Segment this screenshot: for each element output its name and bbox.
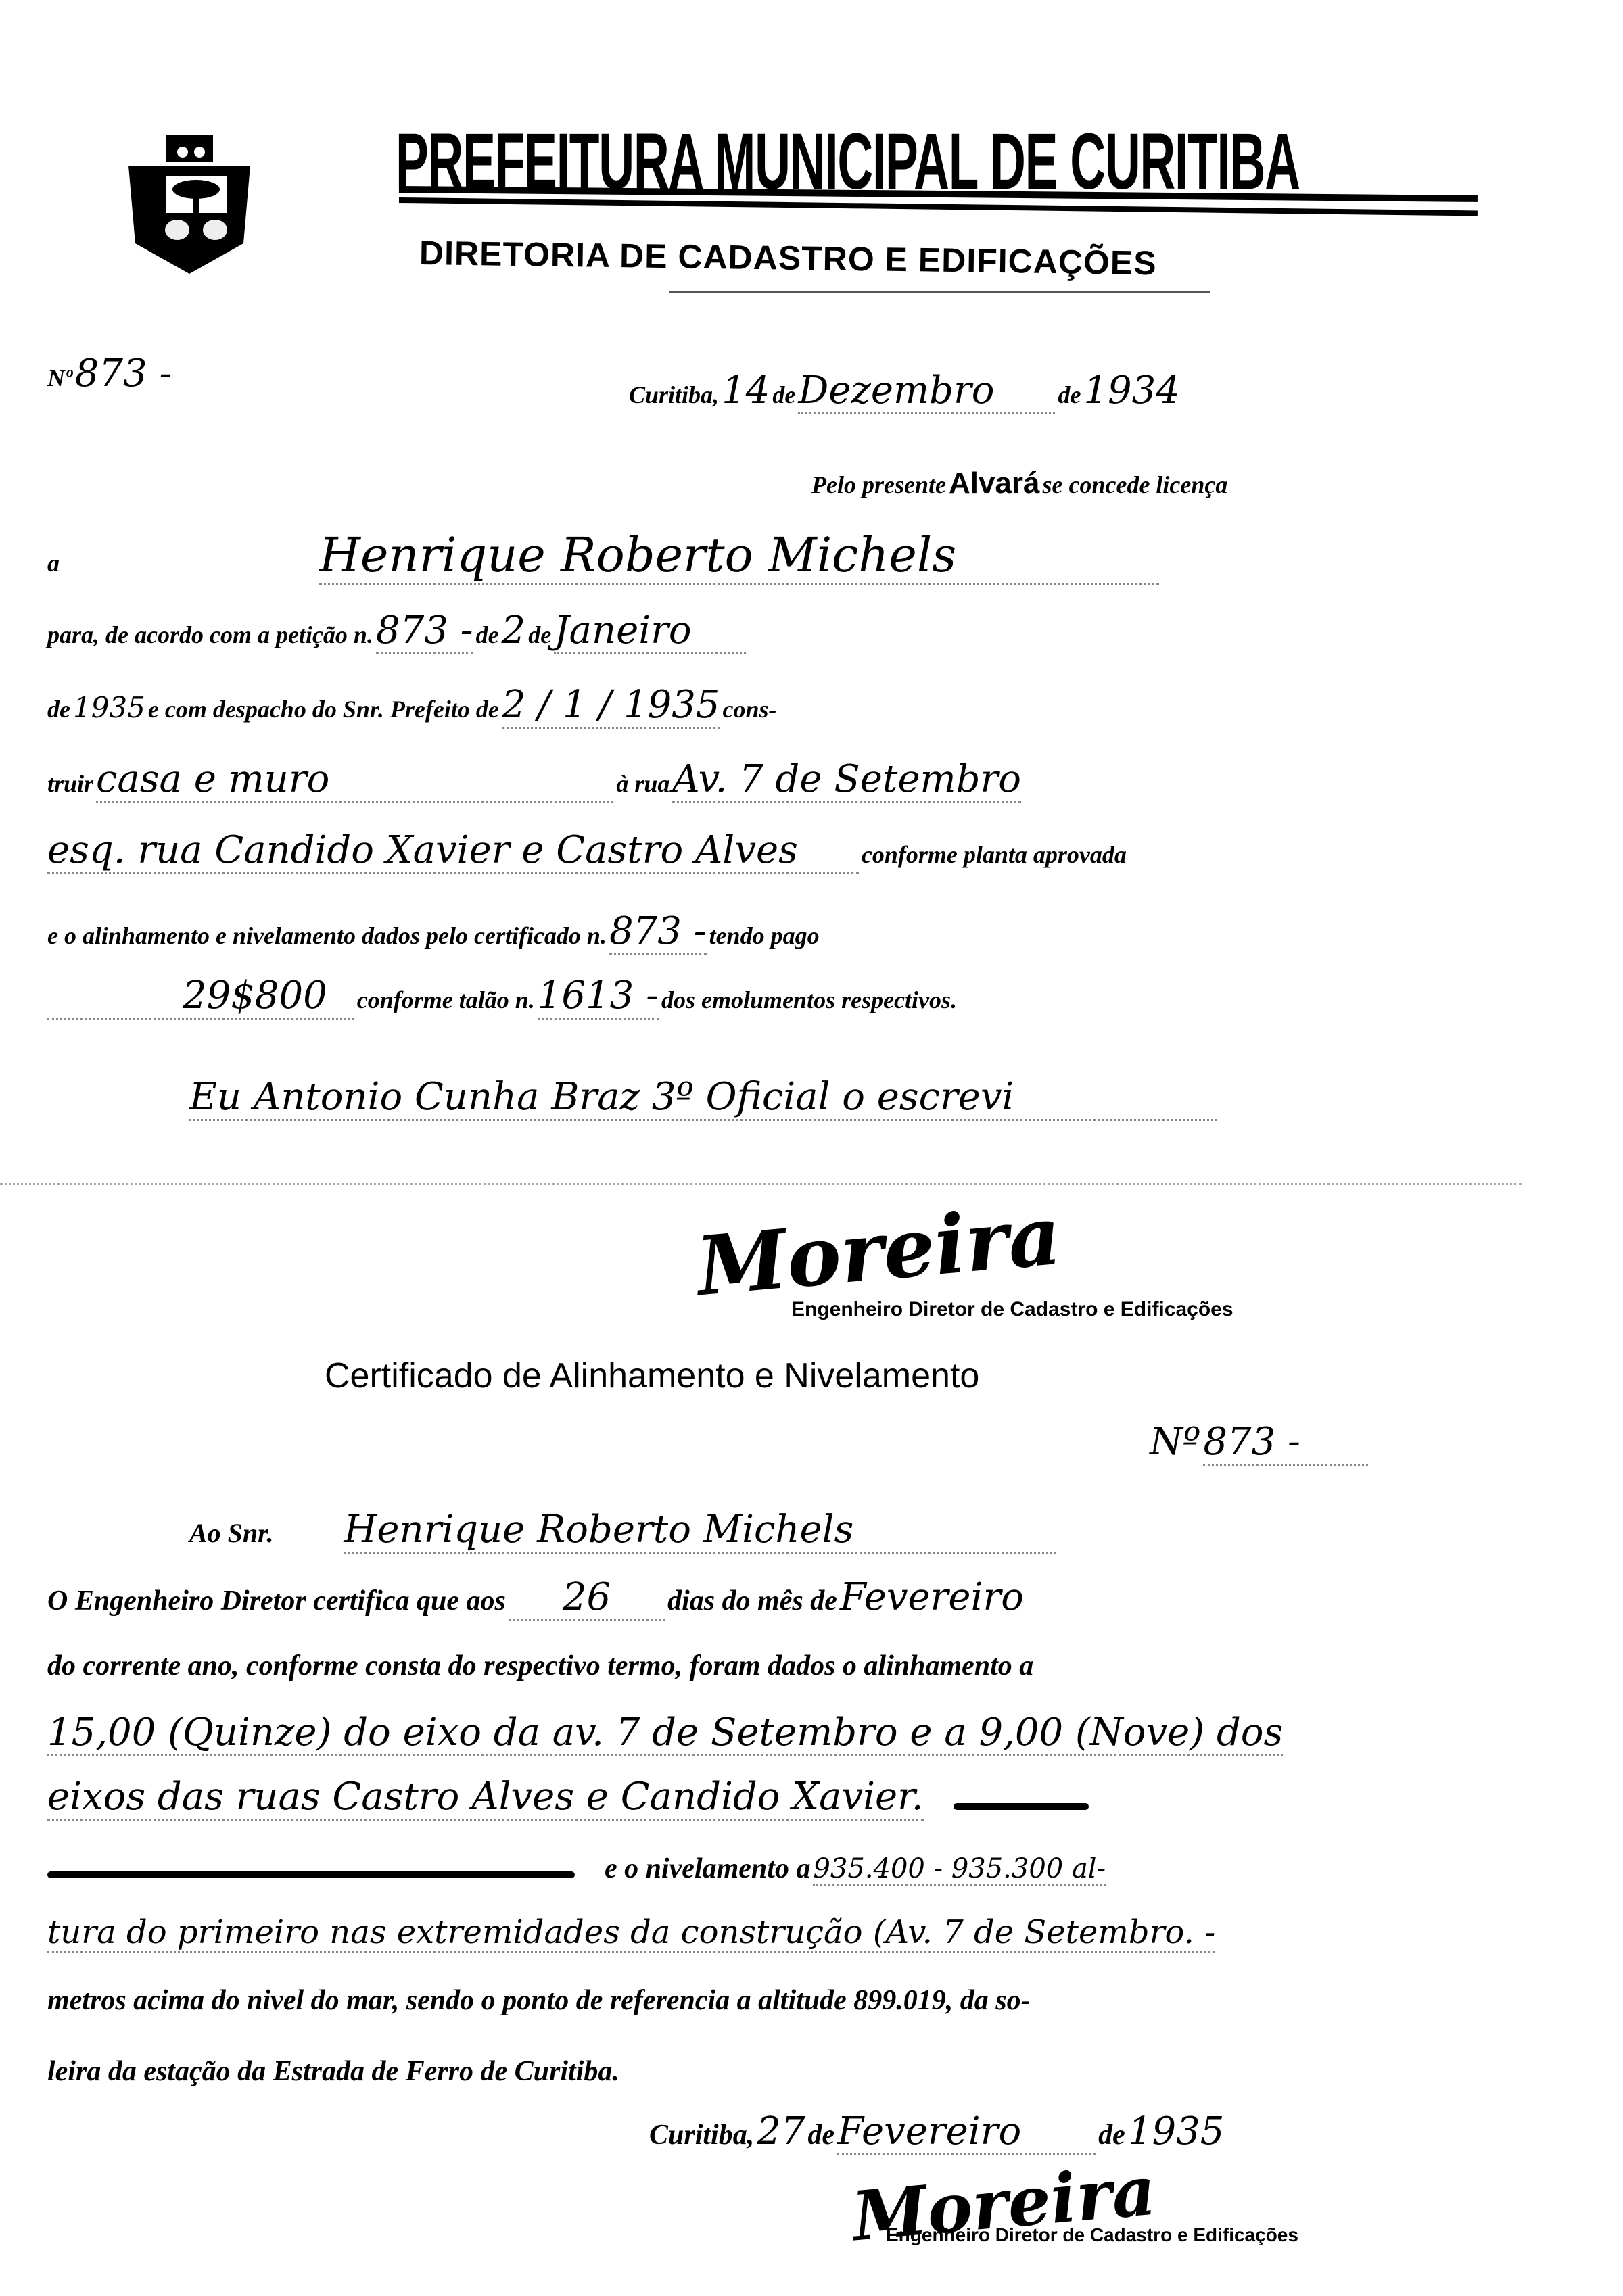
corner-line: esq. rua Candido Xavier e Castro Alves c… bbox=[47, 828, 1127, 872]
signatory-title: Engenheiro Diretor de Cadastro e Edifica… bbox=[791, 1298, 1233, 1321]
alignment-text: 15,00 (Quinze) do eixo da av. 7 de Setem… bbox=[47, 1711, 1283, 1756]
alignment-text-2: eixos das ruas Castro Alves e Candido Xa… bbox=[47, 1775, 1089, 1819]
signatory-title-2: Engenheiro Diretor de Cadastro e Edifica… bbox=[886, 2224, 1298, 2246]
alvara-number-value: 873 - bbox=[75, 352, 172, 396]
alvara-intro: Pelo presente Alvará se concede licença bbox=[811, 467, 1227, 500]
certificate-ref-line: e o alinhamento e nivelamento dados pelo… bbox=[47, 909, 820, 953]
department-subtitle: DIRETORIA DE CADASTRO E EDIFICAÇÕES bbox=[419, 233, 1157, 283]
divider bbox=[0, 1183, 1522, 1185]
certificate-title: Certificado de Alinhamento e Nivelamento bbox=[325, 1356, 979, 1396]
receipt-number: 1613 - bbox=[538, 974, 659, 1020]
recipient-name: Henrique Roberto Michels bbox=[344, 1508, 1057, 1554]
leveling-text: tura do primeiro nas extremidades da con… bbox=[47, 1913, 1215, 1953]
certify-line: O Engenheiro Diretor certifica que aos 2… bbox=[47, 1575, 1024, 1619]
alvara-number: Nº 873 - bbox=[47, 352, 172, 396]
recipient-line: Ao Snr. Henrique Roberto Michels bbox=[189, 1508, 1056, 1552]
petition-line: para, de acordo com a petição n. 873 - d… bbox=[47, 608, 746, 652]
alvara-date: Curitiba, 14 de Dezembro de 1934 bbox=[629, 368, 1180, 412]
coat-of-arms-icon bbox=[115, 128, 264, 277]
body-line: do corrente ano, conforme consta do resp… bbox=[47, 1650, 1033, 1682]
divider bbox=[669, 291, 1210, 293]
certificate-number: Nº 873 - bbox=[1150, 1420, 1368, 1464]
body-line: leira da estação da Estrada de Ferro de … bbox=[47, 2055, 619, 2088]
certificate-date: Curitiba, 27 de Fevereiro de 1935 bbox=[649, 2109, 1224, 2153]
amount-paid: 29$800 bbox=[47, 974, 354, 1020]
body-line: metros acima do nivel do mar, sendo o po… bbox=[47, 1984, 1031, 2017]
despacho-line: de 1935 e com despacho do Snr. Prefeito … bbox=[47, 683, 777, 727]
clerk-signature-line: Eu Antonio Cunha Braz 3º Oficial o escre… bbox=[189, 1075, 1217, 1121]
licensee-line: a Henrique Roberto Michels bbox=[47, 527, 1159, 583]
payment-line: 29$800 conforme talão n. 1613 - dos emol… bbox=[47, 974, 957, 1018]
director-signature: Moreira bbox=[693, 1188, 1064, 1314]
leveling-line: e o nivelamento a 935.400 - 935.300 al- bbox=[47, 1852, 1106, 1885]
construction-line: truir casa e muro à rua Av. 7 de Setembr… bbox=[47, 757, 1021, 801]
licensee-name: Henrique Roberto Michels bbox=[319, 527, 1159, 585]
